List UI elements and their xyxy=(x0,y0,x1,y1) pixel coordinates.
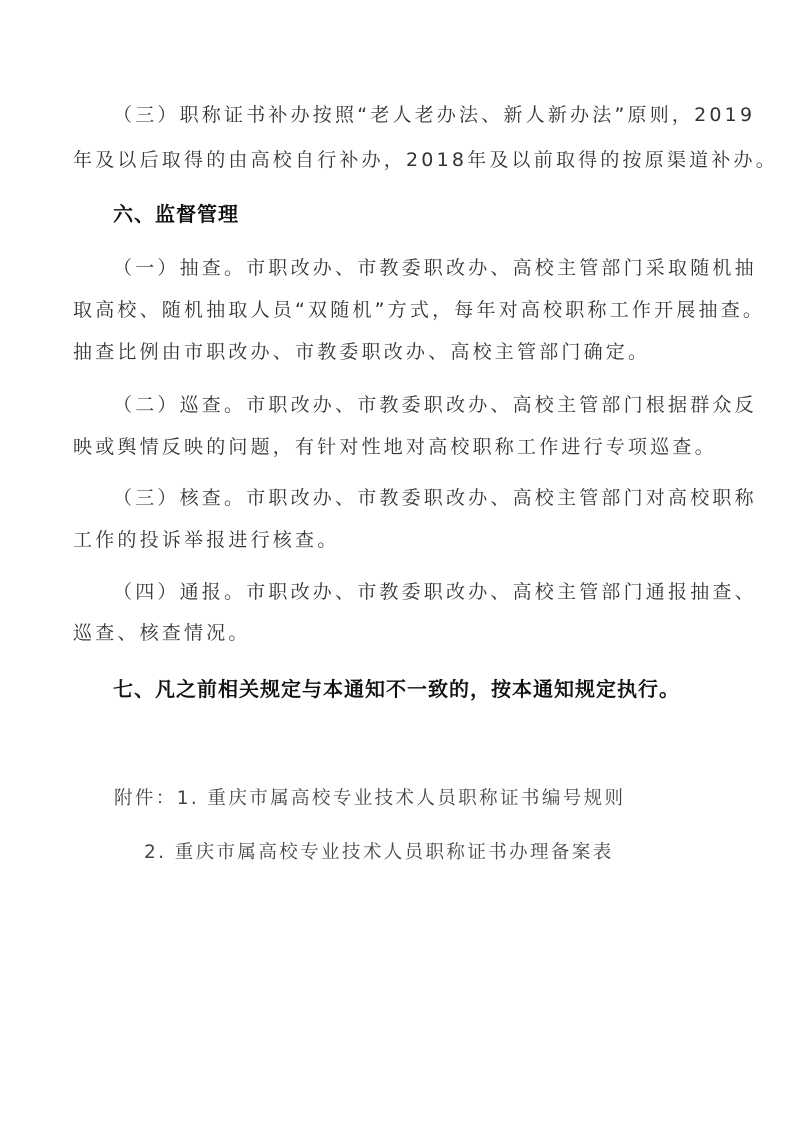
attachment-item-2: 2. 重庆市属高校专业技术人员职称证书办理备案表 xyxy=(144,838,614,864)
verification-line-1: （三）核查。市职改办、市教委职改办、高校主管部门对高校职称 xyxy=(113,483,757,510)
inspection-line-1: （二）巡查。市职改办、市教委职改办、高校主管部门根据群众反 xyxy=(113,390,757,417)
spot-check-line-3: 抽查比例由市职改办、市教委职改办、高校主管部门确定。 xyxy=(73,337,650,364)
attachment-item-1: 1. 重庆市属高校专业技术人员职称证书编号规则 xyxy=(177,788,626,809)
notification-line-1: （四）通报。市职改办、市教委职改办、高校主管部门通报抽查、 xyxy=(113,577,757,604)
notification-line-2: 巡查、核查情况。 xyxy=(73,618,251,645)
attachments-label: 附件： xyxy=(114,788,177,809)
section-7-heading: 七、凡之前相关规定与本通知不一致的，按本通知规定执行。 xyxy=(113,673,680,702)
attachments-line-1: 附件：1. 重庆市属高校专业技术人员职称证书编号规则 xyxy=(114,784,625,810)
spot-check-line-1: （一）抽查。市职改办、市教委职改办、高校主管部门采取随机抽 xyxy=(113,253,757,280)
verification-line-2: 工作的投诉举报进行核查。 xyxy=(73,525,339,552)
inspection-line-2: 映或舆情反映的问题，有针对性地对高校职称工作进行专项巡查。 xyxy=(73,432,717,459)
paragraph-cert-reissue-line-1: （三）职称证书补办按照“老人老办法、新人新办法”原则，2019 xyxy=(113,100,755,127)
spot-check-line-2: 取高校、随机抽取人员“双随机”方式，每年对高校职称工作开展抽查。 xyxy=(73,295,765,322)
section-6-heading: 六、监督管理 xyxy=(113,198,239,227)
paragraph-cert-reissue-line-2: 年及以后取得的由高校自行补办，2018年及以前取得的按原渠道补办。 xyxy=(73,145,778,172)
